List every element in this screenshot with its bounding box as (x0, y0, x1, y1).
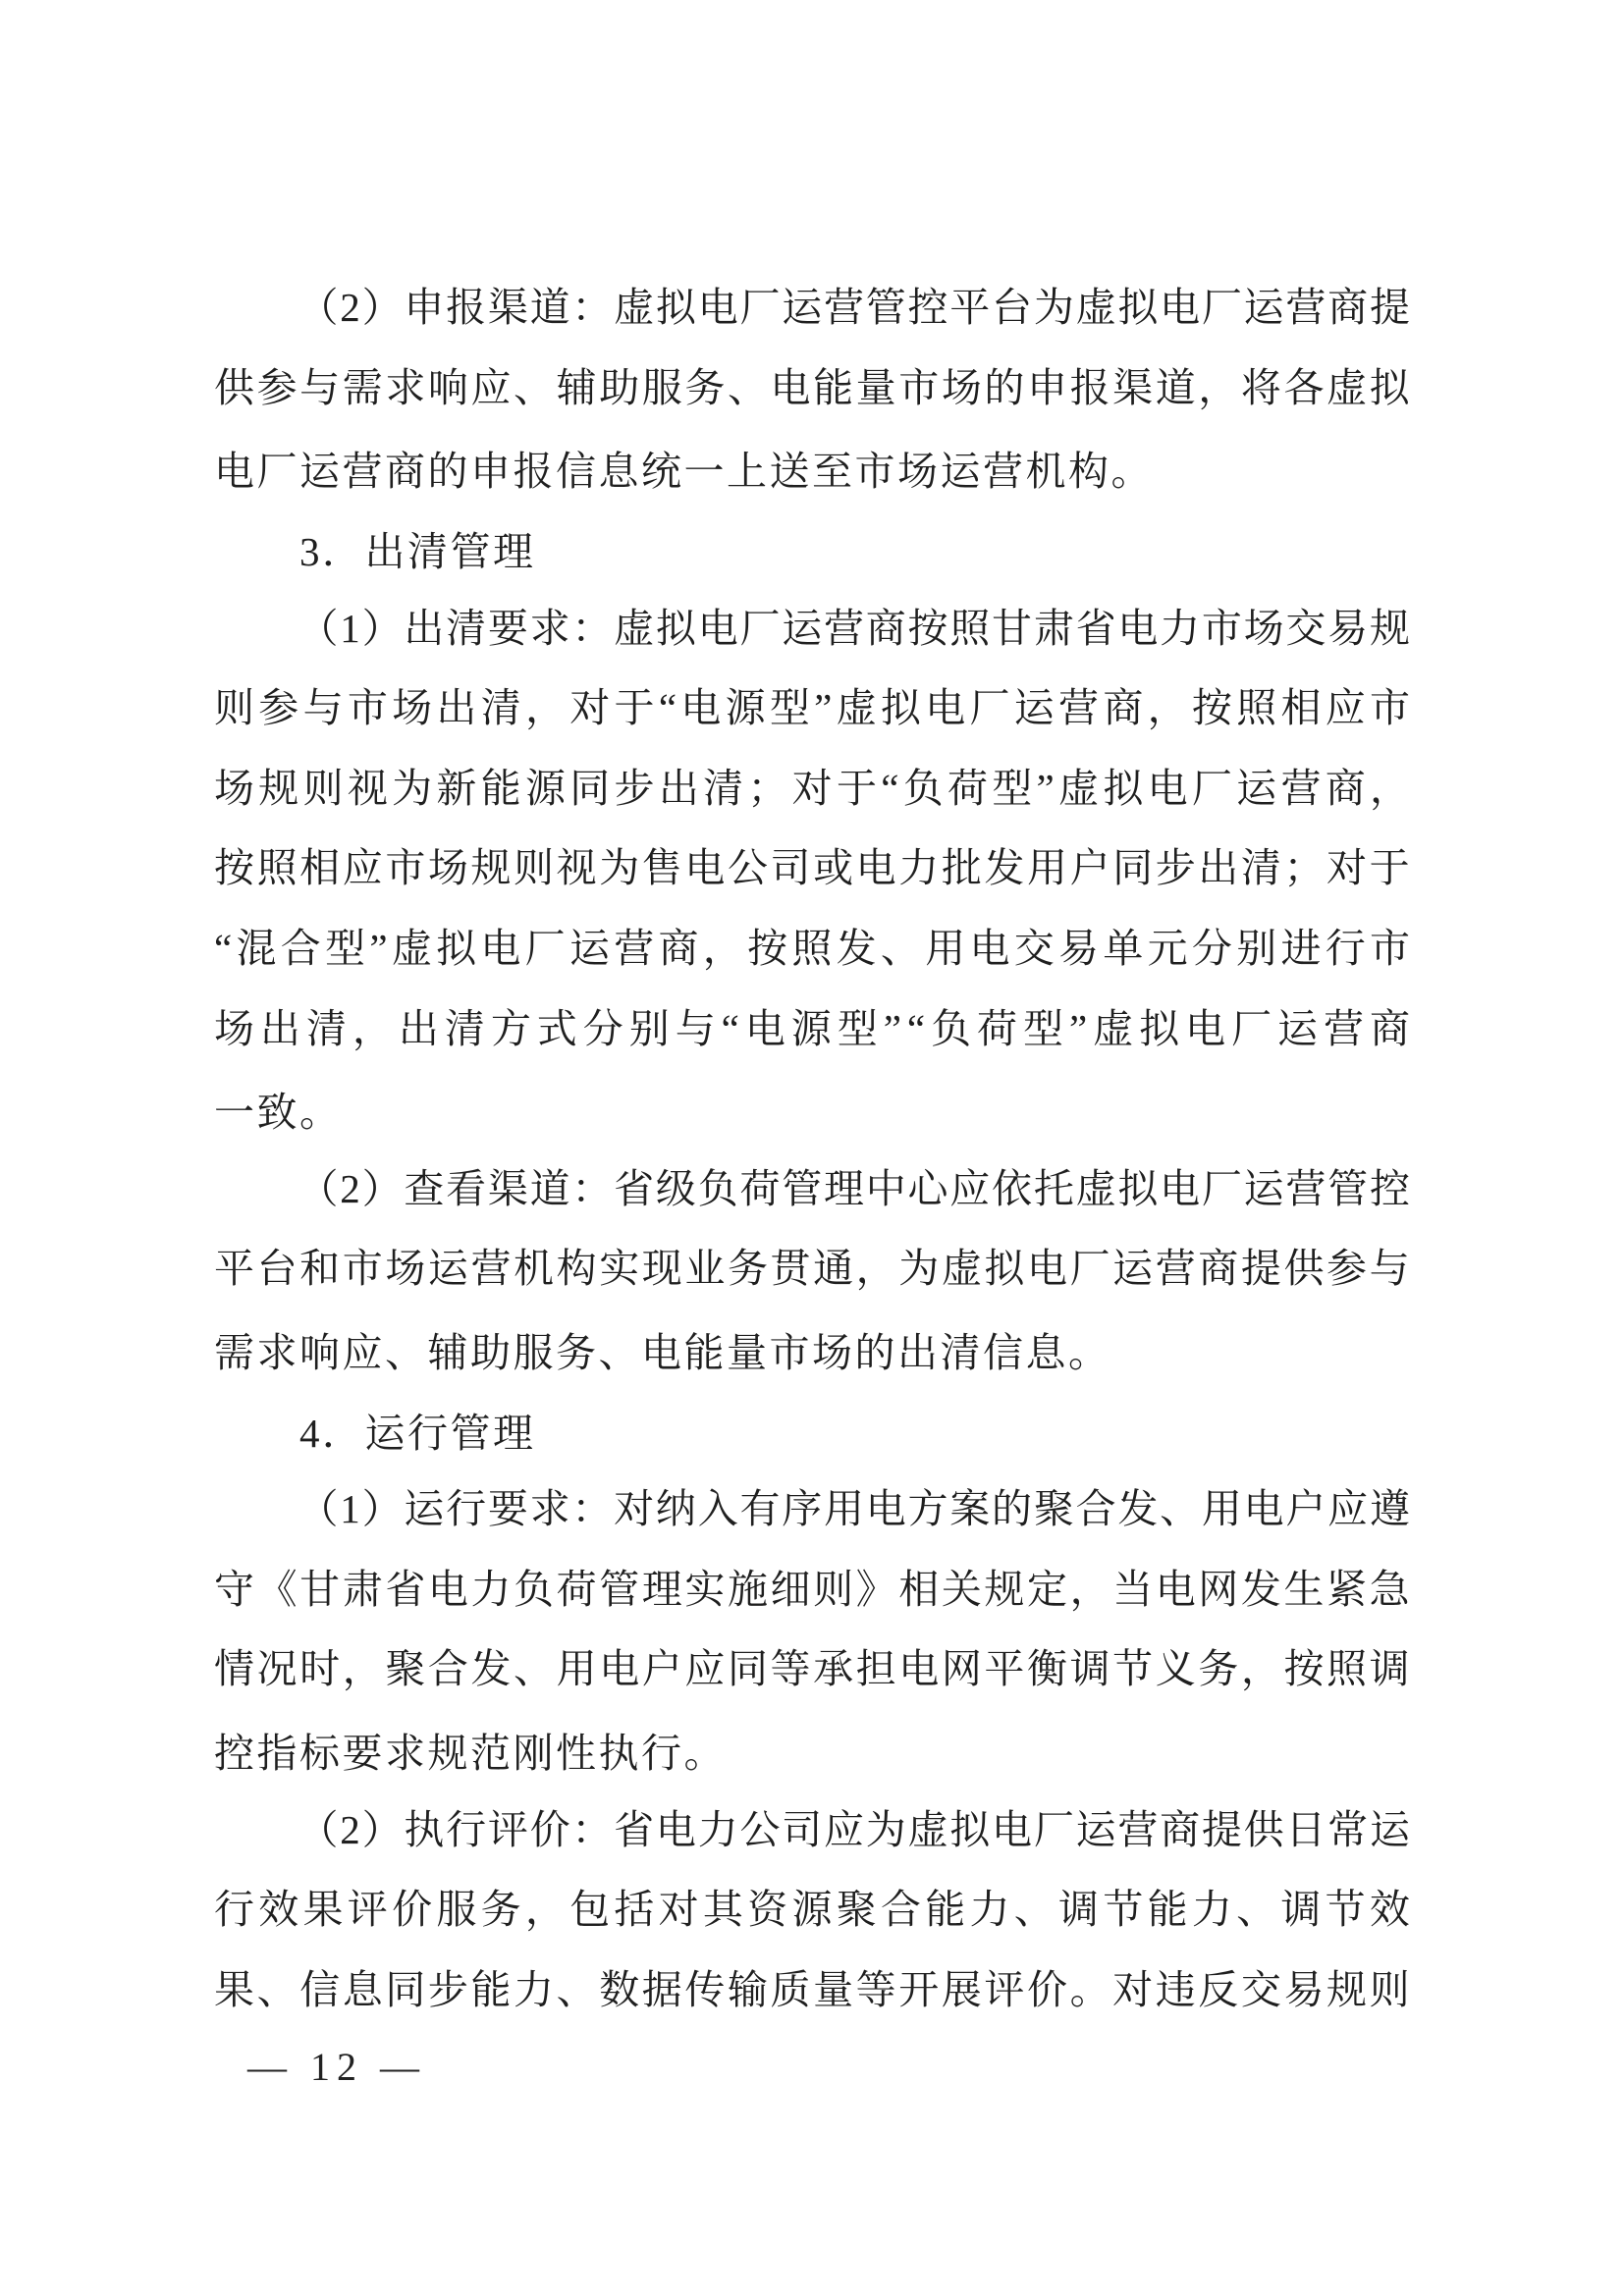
text-line: 场出清，出清方式分别与“电源型”“负荷型”虚拟电厂运营商 (214, 988, 1410, 1069)
text-line: 供参与需求响应、辅助服务、电能量市场的申报渠道，将各虚拟 (214, 348, 1410, 429)
text-line: （1）运行要求：对纳入有序用电方案的聚合发、用电户应遵 (214, 1469, 1410, 1550)
text-line: 则参与市场出清，对于“电源型”虚拟电厂运营商，按照相应市 (214, 668, 1410, 749)
text-line: 4．运行管理 (214, 1389, 1410, 1469)
text-line: 需求响应、辅助服务、电能量市场的出清信息。 (214, 1309, 1410, 1390)
text-line: 按照相应市场规则视为售电公司或电力批发用户同步出清；对于 (214, 828, 1410, 909)
page-number: — 12 — (247, 2044, 426, 2090)
text-line: 控指标要求规范刚性执行。 (214, 1710, 1410, 1790)
text-line: 3．出清管理 (214, 508, 1410, 589)
text-line: （2）申报渠道：虚拟电厂运营管控平台为虚拟电厂运营商提 (214, 268, 1410, 348)
document-page: （2）申报渠道：虚拟电厂运营管控平台为虚拟电厂运营商提供参与需求响应、辅助服务、… (0, 0, 1624, 2296)
document-text-block: （2）申报渠道：虚拟电厂运营管控平台为虚拟电厂运营商提供参与需求响应、辅助服务、… (214, 268, 1410, 2030)
text-line: 果、信息同步能力、数据传输质量等开展评价。对违反交易规则 (214, 1949, 1410, 2030)
text-line: 行效果评价服务，包括对其资源聚合能力、调节能力、调节效 (214, 1870, 1410, 1950)
text-line: “混合型”虚拟电厂运营商，按照发、用电交易单元分别进行市 (214, 909, 1410, 989)
text-line: 一致。 (214, 1069, 1410, 1149)
text-line: 情况时，聚合发、用电户应同等承担电网平衡调节义务，按照调 (214, 1629, 1410, 1710)
text-line: 电厂运营商的申报信息统一上送至市场运营机构。 (214, 428, 1410, 508)
text-line: 守《甘肃省电力负荷管理实施细则》相关规定，当电网发生紧急 (214, 1550, 1410, 1630)
text-line: 场规则视为新能源同步出清；对于“负荷型”虚拟电厂运营商， (214, 749, 1410, 829)
text-line: （2）执行评价：省电力公司应为虚拟电厂运营商提供日常运 (214, 1789, 1410, 1870)
text-line: 平台和市场运营机构实现业务贯通，为虚拟电厂运营商提供参与 (214, 1229, 1410, 1309)
text-line: （1）出清要求：虚拟电厂运营商按照甘肃省电力市场交易规 (214, 588, 1410, 668)
text-line: （2）查看渠道：省级负荷管理中心应依托虚拟电厂运营管控 (214, 1149, 1410, 1230)
